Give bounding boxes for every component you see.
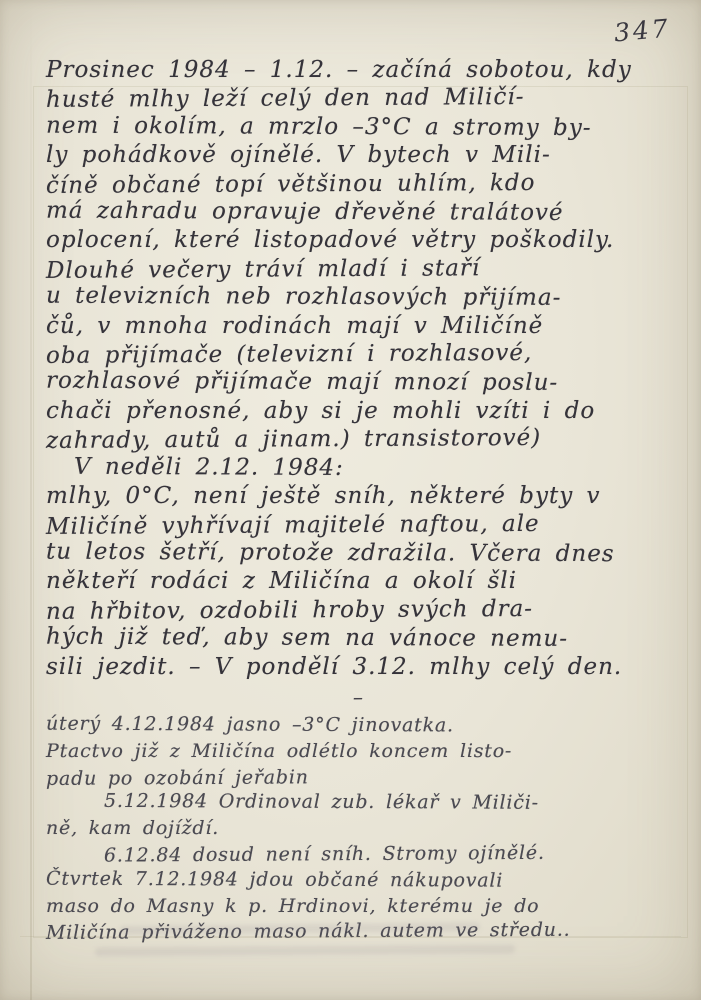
ink-bleed-through [95, 945, 515, 957]
handwritten-line: má zahradu opravuje dřevěné tralátové [46, 197, 670, 228]
handwritten-line: ně, kam dojíždí. [46, 816, 670, 842]
handwritten-line: Ptactvo již z Miličína odlétlo koncem li… [46, 739, 670, 765]
handwritten-line: nem i okolím, a mrzlo –3°C a stromy by- [46, 111, 670, 142]
handwritten-line: na hřbitov, ozdobili hroby svých dra- [46, 594, 670, 626]
handwritten-line: u televizních neb rozhlasových přijíma- [46, 282, 670, 313]
handwritten-line: 6.12.84 dosud není sníh. Stromy ojínělé. [46, 840, 670, 870]
handwritten-line: Dlouhé večery tráví mladí i staří [46, 253, 670, 285]
handwritten-line: mlhy, 0°C, není ještě sníh, některé byty… [46, 482, 670, 510]
handwritten-line: Miličíně vyhřívají majitelé naftou, ale [46, 509, 670, 541]
handwritten-line: ly pohádkově ojínělé. V bytech v Mili- [46, 141, 670, 169]
handwritten-line: Prosinec 1984 – 1.12. – začíná sobotou, … [46, 56, 670, 84]
handwritten-line: Miličína přiváženo maso nákl. autem ve s… [46, 917, 670, 947]
handwritten-line: oplocení, které listopadové větry poškod… [46, 226, 670, 254]
handwritten-line: úterý 4.12.1984 jasno –3°C jinovatka. [46, 712, 670, 741]
handwritten-line: sili jezdit. – V pondělí 3.12. mlhy celý… [46, 653, 670, 681]
handwritten-line: – [46, 679, 670, 715]
page-number: 347 [613, 14, 672, 48]
handwritten-line: hých již teď, aby sem na vánoce nemu- [46, 623, 670, 654]
handwritten-line: tu letos šetří, protože zdražila. Včera … [46, 538, 670, 569]
chronicle-page: 347 Prosinec 1984 – 1.12. – začíná sobot… [0, 0, 701, 1000]
handwritten-line: číně občané topí většinou uhlím, kdo [46, 168, 670, 200]
handwritten-line: oba přijímače (televizní i rozhlasové, [46, 338, 670, 370]
handwritten-line: padu po ozobání jeřabin [46, 763, 670, 793]
page-crease-line [30, 0, 32, 1000]
handwritten-line: chači přenosné, aby si je mohli vzíti i … [46, 397, 670, 425]
handwritten-line: husté mlhy leží celý den nad Miličí- [46, 83, 670, 115]
handwritten-line: V neděli 2.12. 1984: [46, 452, 670, 483]
handwritten-line: rozhlasové přijímače mají mnozí poslu- [46, 367, 670, 398]
handwritten-line: Čtvrtek 7.12.1984 jdou občané nákupovali [46, 866, 670, 895]
handwritten-line: 5.12.1984 Ordinoval zub. lékař v Miliči- [46, 789, 670, 818]
handwritten-line: zahrady, autů a jinam.) transistorové) [46, 423, 670, 455]
handwritten-line: maso do Masny k p. Hrdinovi, kterému je … [46, 894, 670, 920]
handwritten-line: čů, v mnoha rodinách mají v Miličíně [46, 312, 670, 340]
handwritten-text: Prosinec 1984 – 1.12. – začíná sobotou, … [46, 56, 670, 945]
handwritten-line: někteří rodáci z Miličína a okolí šli [46, 567, 670, 595]
